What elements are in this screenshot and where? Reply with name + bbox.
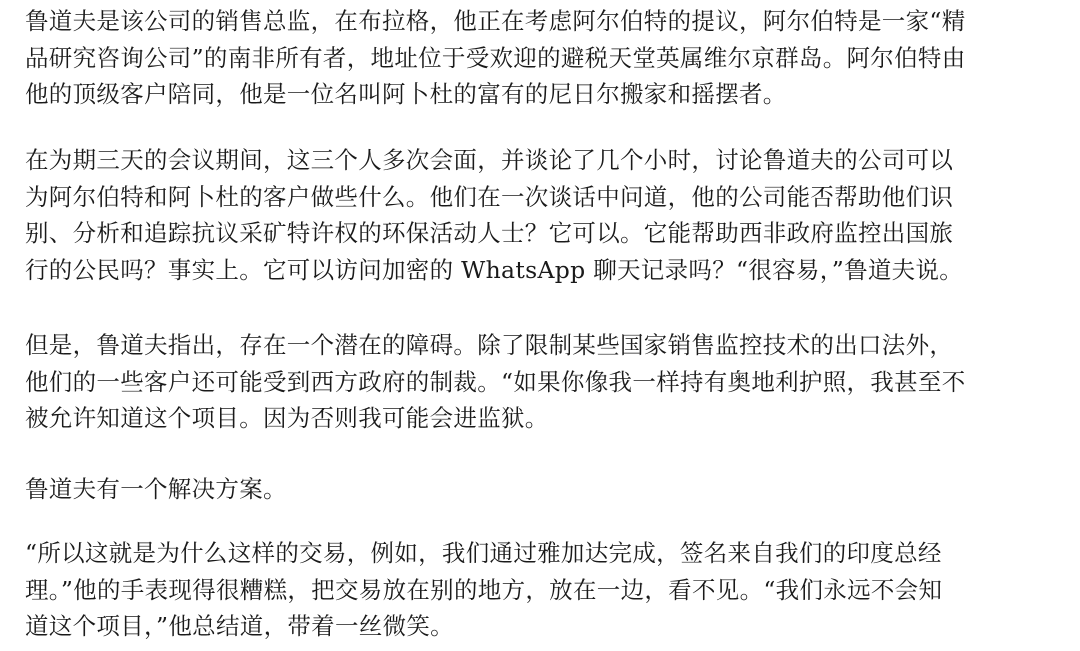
text-line: 鲁道夫是该公司的销售总监，在布拉格，他正在考虑阿尔伯特的提议，阿尔伯特是一家“精: [25, 3, 1065, 40]
text-line: 行的公民吗？事实上。它可以访问加密的 WhatsApp 聊天记录吗？“很容易，”…: [25, 252, 1065, 289]
text-line: 但是，鲁道夫指出，存在一个潜在的障碍。除了限制某些国家销售监控技术的出口法外，: [25, 327, 1065, 364]
text-line: 别、分析和追踪抗议采矿特许权的环保活动人士？它可以。它能帮助西非政府监控出国旅: [25, 215, 1065, 252]
text-line: 被允许知道这个项目。因为否则我可能会进监狱。: [25, 400, 1065, 437]
text-line: 他的顶级客户陪同，他是一位名叫阿卜杜的富有的尼日尔搬家和摇摆者。: [25, 76, 1065, 113]
paragraph-solution: 鲁道夫有一个解决方案。: [25, 471, 1065, 508]
paragraph-meeting: 在为期三天的会议期间，这三个人多次会面，并谈论了几个小时，讨论鲁道夫的公司可以 …: [25, 142, 1065, 288]
text-line: “所以这就是为什么这样的交易，例如，我们通过雅加达完成，签名来自我们的印度总经: [25, 535, 1065, 572]
text-line: 在为期三天的会议期间，这三个人多次会面，并谈论了几个小时，讨论鲁道夫的公司可以: [25, 142, 1065, 179]
text-line: 他们的一些客户还可能受到西方政府的制裁。“如果你像我一样持有奥地利护照，我甚至不: [25, 364, 1065, 401]
text-line: 鲁道夫有一个解决方案。: [25, 471, 1065, 508]
paragraph-rudolf-intro: 鲁道夫是该公司的销售总监，在布拉格，他正在考虑阿尔伯特的提议，阿尔伯特是一家“精…: [25, 3, 1065, 113]
paragraph-obstacle: 但是，鲁道夫指出，存在一个潜在的障碍。除了限制某些国家销售监控技术的出口法外， …: [25, 327, 1065, 437]
text-line: 为阿尔伯特和阿卜杜的客户做些什么。他们在一次谈话中问道，他的公司能否帮助他们识: [25, 179, 1065, 216]
text-line: 理。”他的手表现得很糟糕，把交易放在别的地方，放在一边，看不见。“我们永远不会知: [25, 572, 1065, 609]
paragraph-quote: “所以这就是为什么这样的交易，例如，我们通过雅加达完成，签名来自我们的印度总经 …: [25, 535, 1065, 645]
text-line: 品研究咨询公司”的南非所有者，地址位于受欢迎的避税天堂英属维尔京群岛。阿尔伯特由: [25, 40, 1065, 77]
text-line: 道这个项目，”他总结道，带着一丝微笑。: [25, 608, 1065, 645]
